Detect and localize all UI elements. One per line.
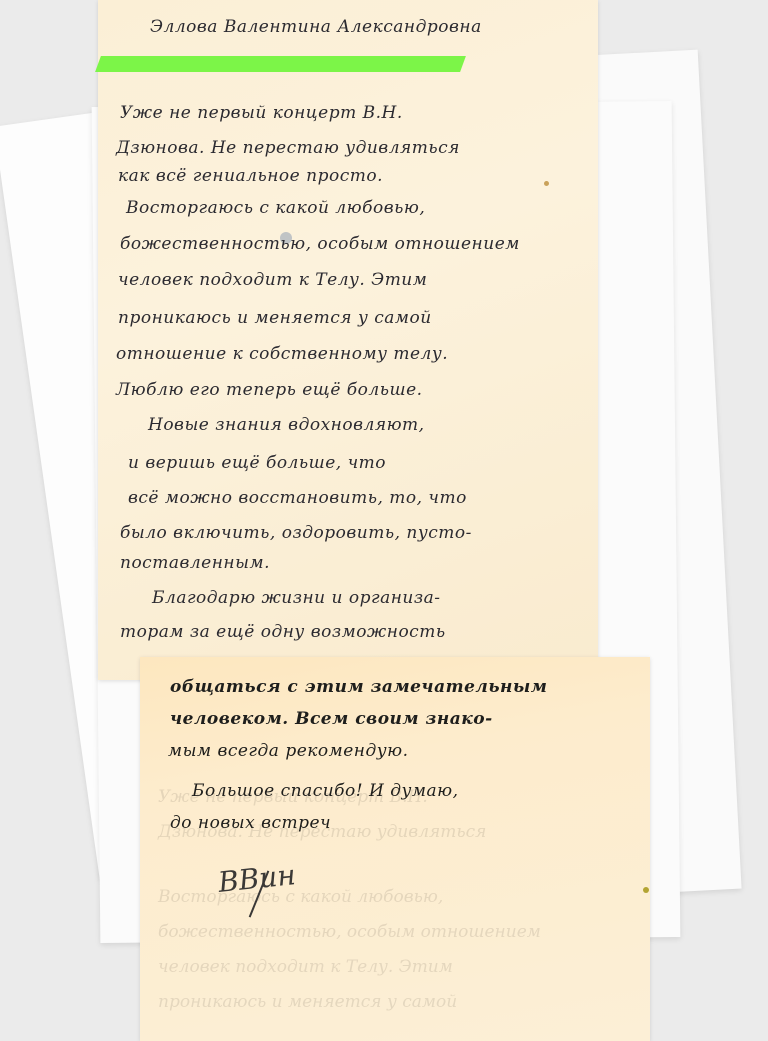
- letter-line: до новых встреч: [170, 813, 331, 833]
- letter-line: как всё гениальное просто.: [118, 166, 383, 186]
- letter-line: человеком. Всем своим знако-: [170, 709, 493, 729]
- bleed-through-text: Восторгаюсь с какой любовью,: [158, 887, 443, 907]
- letter-line: Большое спасибо! И думаю,: [192, 781, 459, 801]
- letter-line: человек подходит к Телу. Этим: [118, 270, 427, 290]
- letter-line: было включить, оздоровить, пусто-: [120, 523, 472, 543]
- letter-line: Уже не первый концерт В.Н.: [120, 103, 403, 123]
- letter-line: Благодарю жизни и организа-: [152, 588, 441, 608]
- letter-line: Восторгаюсь с какой любовью,: [126, 198, 425, 218]
- paper-stain: [643, 887, 649, 893]
- bleed-through-text: человек подходит к Телу. Этим: [158, 957, 453, 977]
- letter-line: Дзюнова. Не перестаю удивляться: [116, 138, 460, 158]
- letter-line: торам за ещё одну возможность: [120, 622, 446, 642]
- letter-line: Новые знания вдохновляют,: [148, 415, 425, 435]
- letter-line: Люблю его теперь ещё больше.: [116, 380, 423, 400]
- letter-line: поставленным.: [120, 553, 270, 573]
- addressee-line: Эллова Валентина Александровна: [150, 17, 482, 37]
- bleed-through-text: проникаюсь и меняется у самой: [158, 992, 457, 1012]
- letter-page-1: Эллова Валентина Александровна Уже не пе…: [98, 0, 598, 680]
- letter-line: проникаюсь и меняется у самой: [118, 308, 432, 328]
- letter-line: общаться с этим замечательным: [170, 677, 547, 697]
- letter-line: и веришь ещё больше, что: [128, 453, 386, 473]
- bleed-through-text: божественностью, особым отношением: [158, 922, 541, 942]
- letter-line: мым всегда рекомендую.: [168, 741, 409, 761]
- letter-line: отношение к собственному телу.: [116, 344, 448, 364]
- letter-line: божественностью, особым отношением: [120, 234, 520, 254]
- paper-stain: [544, 181, 549, 186]
- letter-page-2: Уже не первый концерт В.Н. Дзюнова. Не п…: [140, 657, 650, 1041]
- redaction-highlight: [95, 56, 466, 72]
- letter-line: всё можно восстановить, то, что: [128, 488, 467, 508]
